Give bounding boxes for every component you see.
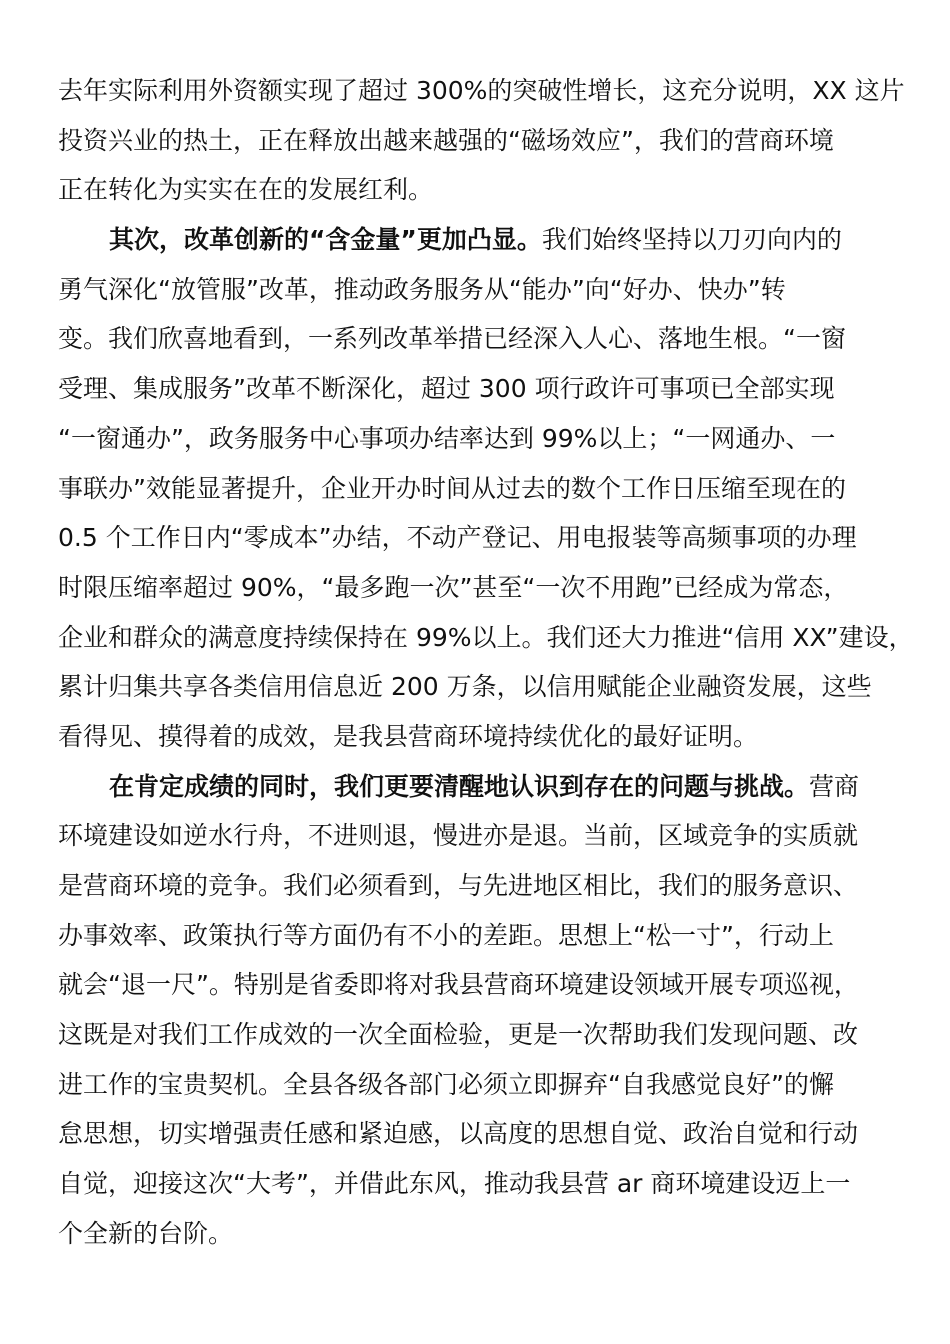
line-text: 看得见、摸得着的成效，是我县营商环境持续优化的最好证明。 (58, 722, 758, 751)
text-line: 就会“退一尺”。特别是省委即将对我县营商环境建设领域开展专项巡视， (58, 960, 918, 1010)
line-text: 办事效率、政策执行等方面仍有不小的差距。思想上“松一寸”，行动上 (58, 921, 834, 950)
text-line: 累计归集共享各类信用信息近 200 万条，以信用赋能企业融资发展，这些 (58, 662, 918, 712)
text-line: “一窗通办”，政务服务中心事项办结率达到 99%以上；“一网通办、一 (58, 414, 918, 464)
text-line: 自觉，迎接这次“大考”，并借此东风，推动我县营 ar 商环境建设迈上一 (58, 1159, 918, 1209)
document-body: 去年实际利用外资额实现了超过 300%的突破性增长，这充分说明，XX 这片 投资… (58, 66, 918, 1259)
text-line: 事联办”效能显著提升，企业开办时间从过去的数个工作日压缩至现在的 (58, 464, 918, 514)
text-line: 去年实际利用外资额实现了超过 300%的突破性增长，这充分说明，XX 这片 (58, 66, 918, 116)
text-line: 这既是对我们工作成效的一次全面检验，更是一次帮助我们发现问题、改 (58, 1010, 918, 1060)
line-text: 变。我们欣喜地看到，一系列改革举措已经深入人心、落地生根。“一窗 (58, 324, 846, 353)
line-text: 投资兴业的热土，正在释放出越来越强的“磁场效应”，我们的营商环境 (58, 126, 834, 155)
line-text: 0.5 个工作日内“零成本”办结，不动产登记、用电报装等高频事项的办理 (58, 523, 857, 552)
line-text: 事联办”效能显著提升，企业开办时间从过去的数个工作日压缩至现在的 (58, 474, 846, 503)
line-text: 企业和群众的满意度持续保持在 99%以上。我们还大力推进“信用 XX”建设， (58, 623, 914, 652)
line-text: “一窗通办”，政务服务中心事项办结率达到 99%以上；“一网通办、一 (58, 424, 835, 453)
paragraph-reform-innovation: 其次，改革创新的“含金量”更加凸显。我们始终坚持以刀刃向内的 勇气深化“放管服”… (58, 215, 918, 762)
line-text: 自觉，迎接这次“大考”，并借此东风，推动我县营 ar 商环境建设迈上一 (58, 1169, 850, 1198)
document-page: 去年实际利用外资额实现了超过 300%的突破性增长，这充分说明，XX 这片 投资… (0, 0, 950, 1344)
bold-heading-challenges: 在肯定成绩的同时，我们更要清醒地认识到存在的问题与挑战。 (109, 772, 809, 801)
line-text: 正在转化为实实在在的发展红利。 (58, 175, 433, 204)
line-text: 这既是对我们工作成效的一次全面检验，更是一次帮助我们发现问题、改 (58, 1020, 858, 1049)
paragraph-problems-challenges: 在肯定成绩的同时，我们更要清醒地认识到存在的问题与挑战。营商 环境建设如逆水行舟… (58, 762, 918, 1259)
text-line: 办事效率、政策执行等方面仍有不小的差距。思想上“松一寸”，行动上 (58, 911, 918, 961)
line-text: 环境建设如逆水行舟，不进则退，慢进亦是退。当前，区域竞争的实质就 (58, 821, 858, 850)
text-line: 看得见、摸得着的成效，是我县营商环境持续优化的最好证明。 (58, 712, 918, 762)
text-line: 是营商环境的竞争。我们必须看到，与先进地区相比，我们的服务意识、 (58, 861, 918, 911)
text-line: 投资兴业的热土，正在释放出越来越强的“磁场效应”，我们的营商环境 (58, 116, 918, 166)
line-text: 营商 (809, 772, 859, 801)
line-text: 勇气深化“放管服”改革，推动政务服务从“能办”向“好办、快办”转 (58, 275, 786, 304)
text-line: 环境建设如逆水行舟，不进则退，慢进亦是退。当前，区域竞争的实质就 (58, 811, 918, 861)
text-line: 0.5 个工作日内“零成本”办结，不动产登记、用电报装等高频事项的办理 (58, 513, 918, 563)
line-text: 受理、集成服务”改革不断深化，超过 300 项行政许可事项已全部实现 (58, 374, 835, 403)
text-line: 其次，改革创新的“含金量”更加凸显。我们始终坚持以刀刃向内的 (58, 215, 918, 265)
text-line: 进工作的宝贵契机。全县各级各部门必须立即摒弃“自我感觉良好”的懈 (58, 1060, 918, 1110)
text-line: 在肯定成绩的同时，我们更要清醒地认识到存在的问题与挑战。营商 (58, 762, 918, 812)
text-line: 正在转化为实实在在的发展红利。 (58, 165, 918, 215)
line-text: 个全新的台阶。 (58, 1219, 233, 1248)
text-line: 变。我们欣喜地看到，一系列改革举措已经深入人心、落地生根。“一窗 (58, 314, 918, 364)
line-text: 时限压缩率超过 90%，“最多跑一次”甚至“一次不用跑”已经成为常态， (58, 573, 848, 602)
line-text: 怠思想，切实增强责任感和紧迫感，以高度的思想自觉、政治自觉和行动 (58, 1119, 858, 1148)
text-line: 时限压缩率超过 90%，“最多跑一次”甚至“一次不用跑”已经成为常态， (58, 563, 918, 613)
text-line: 受理、集成服务”改革不断深化，超过 300 项行政许可事项已全部实现 (58, 364, 918, 414)
line-text: 我们始终坚持以刀刃向内的 (542, 225, 842, 254)
line-text: 累计归集共享各类信用信息近 200 万条，以信用赋能企业融资发展，这些 (58, 672, 872, 701)
line-text: 进工作的宝贵契机。全县各级各部门必须立即摒弃“自我感觉良好”的懈 (58, 1070, 834, 1099)
line-text: 就会“退一尺”。特别是省委即将对我县营商环境建设领域开展专项巡视， (58, 970, 859, 999)
text-line: 怠思想，切实增强责任感和紧迫感，以高度的思想自觉、政治自觉和行动 (58, 1109, 918, 1159)
text-line: 企业和群众的满意度持续保持在 99%以上。我们还大力推进“信用 XX”建设， (58, 613, 918, 663)
paragraph-foreign-investment: 去年实际利用外资额实现了超过 300%的突破性增长，这充分说明，XX 这片 投资… (58, 66, 918, 215)
text-line: 个全新的台阶。 (58, 1209, 918, 1259)
text-line: 勇气深化“放管服”改革，推动政务服务从“能办”向“好办、快办”转 (58, 265, 918, 315)
bold-heading-reform: 其次，改革创新的“含金量”更加凸显。 (109, 225, 542, 254)
line-text: 去年实际利用外资额实现了超过 300%的突破性增长，这充分说明，XX 这片 (58, 76, 905, 105)
line-text: 是营商环境的竞争。我们必须看到，与先进地区相比，我们的服务意识、 (58, 871, 858, 900)
